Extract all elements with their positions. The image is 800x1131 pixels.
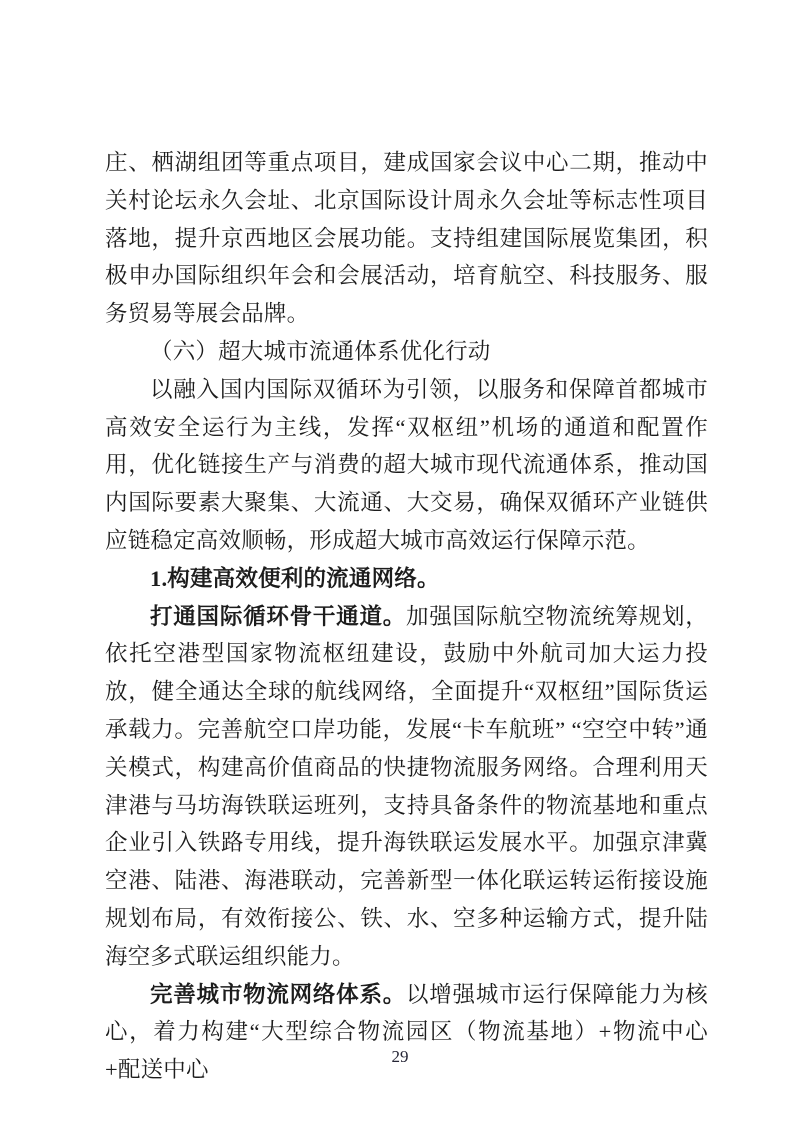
paragraph-continuation: 庄、栖湖组团等重点项目，建成国家会议中心二期，推动中关村论坛永久会址、北京国际设… xyxy=(105,144,708,333)
paragraph: 完善城市物流网络体系。以增强城市运行保障能力为核心，着力构建“大型综合物流园区（… xyxy=(105,976,708,1089)
paragraph: 打通国际循环骨干通道。加强国际航空物流统筹规划，依托空港型国家物流枢纽建设，鼓励… xyxy=(105,598,708,976)
document-body: 庄、栖湖组团等重点项目，建成国家会议中心二期，推动中关村论坛永久会址、北京国际设… xyxy=(105,144,708,1089)
paragraph: 以融入国内国际双循环为引领，以服务和保障首都城市高效安全运行为主线，发挥“双枢纽… xyxy=(105,371,708,560)
numbered-heading: 1.构建高效便利的流通网络。 xyxy=(105,560,708,598)
document-page: 庄、栖湖组团等重点项目，建成国家会议中心二期，推动中关村论坛永久会址、北京国际设… xyxy=(0,0,800,1131)
paragraph-lead: 完善城市物流网络体系。 xyxy=(150,982,406,1007)
section-heading: （六）超大城市流通体系优化行动 xyxy=(105,333,708,371)
paragraph-lead: 打通国际循环骨干通道。 xyxy=(150,604,406,629)
page-number: 29 xyxy=(0,1047,800,1067)
paragraph-text: 加强国际航空物流统筹规划，依托空港型国家物流枢纽建设，鼓励中外航司加大运力投放，… xyxy=(105,604,708,969)
